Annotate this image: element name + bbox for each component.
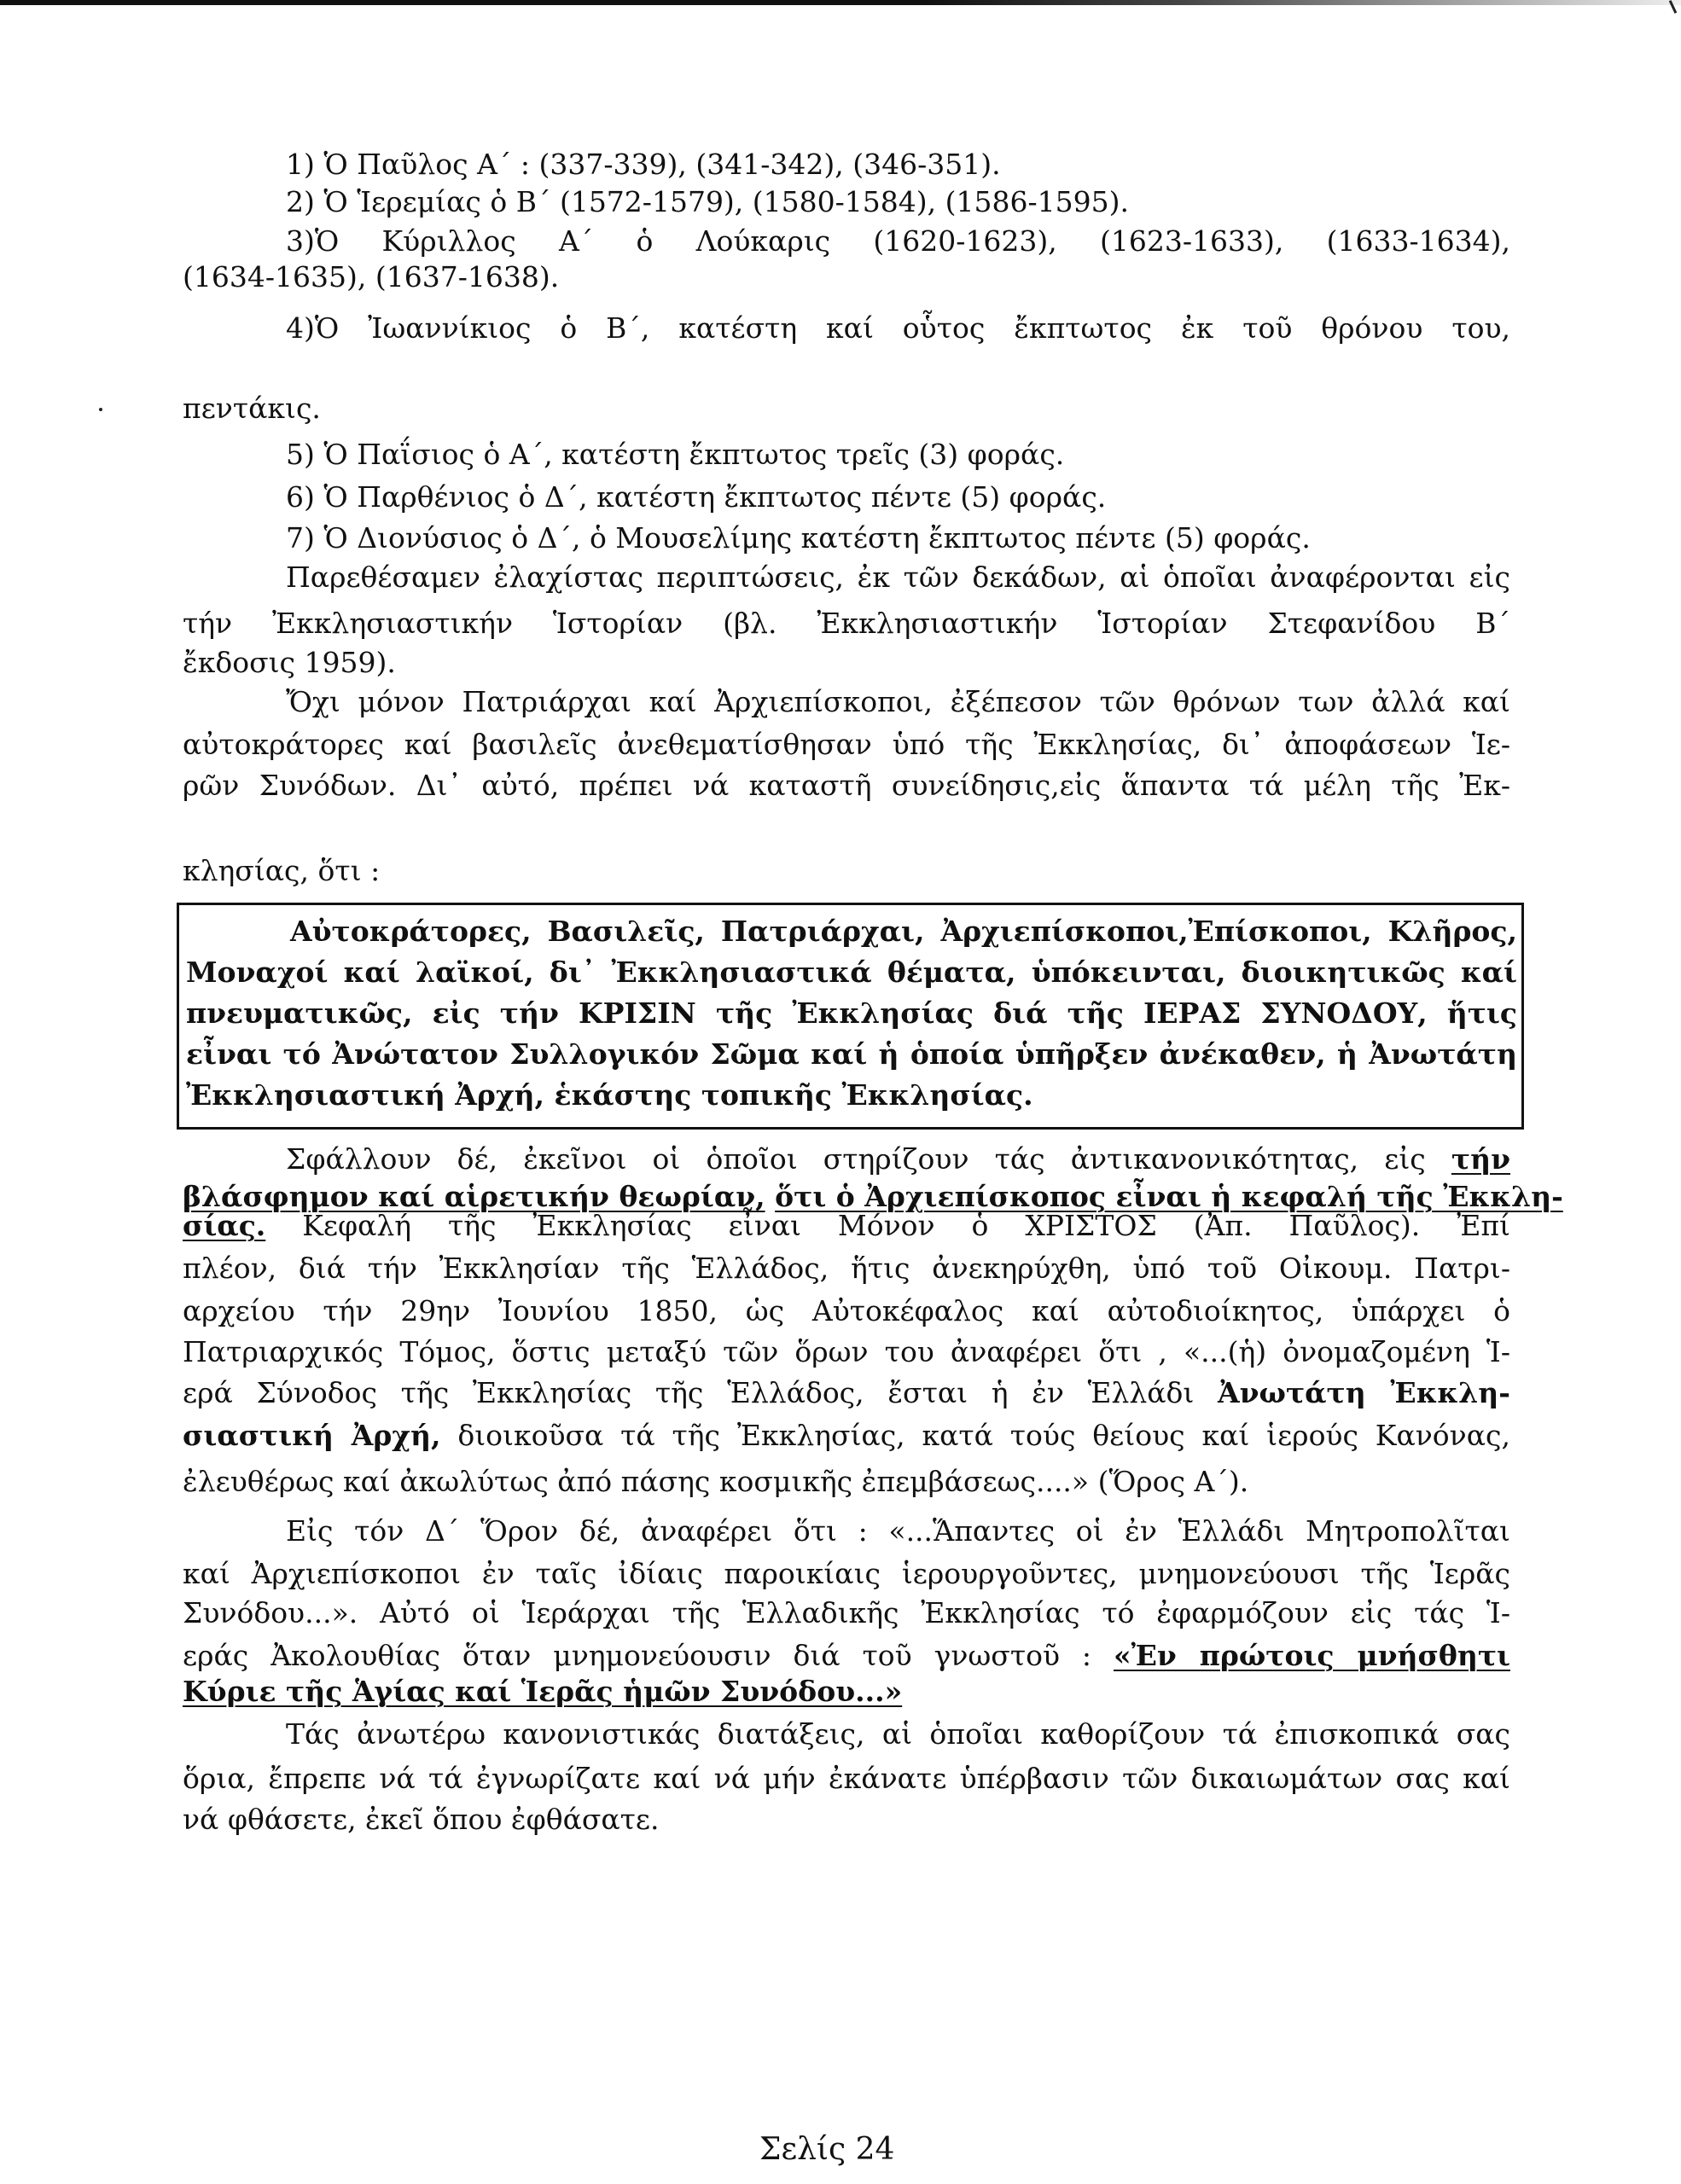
text-run: τῆς Ἐκκλησίας διά τῆς	[696, 996, 1143, 1030]
paragraph-line: σίας. Κεφαλή τῆς Ἐκκλησίας εἶναι Μόνον ὁ…	[183, 1205, 1510, 1247]
paragraph-line: Κύριε τῆς Ἁγίας καί Ἱερᾶς ἡμῶν Συνόδου..…	[183, 1670, 1510, 1713]
paragraph-line: ρῶν Συνόδων. Δι᾽ αὐτό, πρέπει νά καταστῆ…	[183, 764, 1510, 807]
underlined-text: σίας.	[183, 1209, 265, 1242]
underlined-text: Κύριε τῆς Ἁγίας καί Ἱερᾶς ἡμῶν Συνόδου..…	[183, 1675, 902, 1708]
scan-edge-artifact	[0, 0, 1681, 5]
boxed-line: Μοναχοί καί λαϊκοί, δι᾽ Ἐκκλησιαστικά θέ…	[186, 951, 1517, 994]
boxed-line: εἶναι τό Ἀνώτατον Συλλογικόν Σῶμα καί ἡ …	[186, 1033, 1517, 1076]
paragraph-line: Σφάλλουν δέ, ἐκεῖνοι οἱ ὁποῖοι στηρίζουν…	[286, 1138, 1510, 1181]
list-item-5: 5) Ὁ Παΐσιος ὁ Α΄, κατέστη ἔκπτωτος τρεῖ…	[286, 433, 1510, 476]
list-item-7: 7) Ὁ Διονύσιος ὁ Δ΄, ὁ Μουσελίμης κατέστ…	[286, 517, 1510, 560]
paragraph-line: Τάς ἀνωτέρω κανονιστικάς διατάξεις, αἱ ὁ…	[286, 1713, 1510, 1756]
paragraph-line: Πατριαρχικός Τόμος, ὅστις μεταξύ τῶν ὅρω…	[183, 1331, 1510, 1374]
paragraph-line: πλέον, διά τήν Ἐκκλησίαν τῆς Ἑλλάδος, ἥτ…	[183, 1247, 1510, 1290]
text-run: πνευματικῶς, εἰς τήν	[186, 996, 579, 1030]
paragraph-line: Παρεθέσαμεν ἐλαχίστας περιπτώσεις, ἐκ τῶ…	[286, 556, 1510, 599]
list-item-4-cont: πεντάκις.	[183, 387, 1510, 430]
margin-dot-mark	[99, 408, 102, 411]
boxed-statement: Αὐτοκράτορες, Βασιλεῖς, Πατριάρχαι, Ἀρχι…	[177, 903, 1524, 1130]
text-run: Σφάλλουν δέ, ἐκεῖνοι οἱ ὁποῖοι στηρίζουν…	[286, 1142, 1451, 1176]
paragraph-line: ἔκδοσις 1959).	[183, 642, 1510, 684]
page-number: Σελίς 24	[759, 2129, 894, 2171]
paragraph-line: κλησίας, ὅτι :	[183, 850, 1510, 892]
paragraph-line: τήν Ἐκκλησιαστικήν Ἱστορίαν (βλ. Ἐκκλησι…	[183, 602, 1510, 645]
text-run: διοικοῦσα τά τῆς Ἐκκλησίας, κατά τούς θε…	[441, 1419, 1511, 1452]
paragraph-line: ἐλευθέρως καί ἀκωλύτως ἀπό πάσης κοσμικῆ…	[183, 1461, 1510, 1503]
text-run: εράς Ἀκολουθίας ὅταν μνημονεύουσιν διά τ…	[183, 1639, 1114, 1672]
list-item-6: 6) Ὁ Παρθένιος ὁ Δ΄, κατέστη ἔκπτωτος πέ…	[286, 476, 1510, 519]
paragraph-line: αὐτοκράτορες καί βασιλεῖς ἀνεθεματίσθησα…	[183, 723, 1510, 766]
paragraph-line: ὅρια, ἔπρεπε νά τά ἐγνωρίζατε καί νά μήν…	[183, 1757, 1510, 1800]
emphasis-iera-synodos: ΙΕΡΑΣ ΣΥΝΟΔΟΥ	[1143, 996, 1417, 1030]
list-item-3-cont: (1634-1635), (1637-1638).	[183, 256, 1510, 299]
underlined-text: «Ἐν πρώτοις μνήσθητι	[1114, 1639, 1510, 1672]
paragraph-line: Εἰς τόν Δ΄ Ὅρον δέ, ἀναφέρει ὅτι : «...Ἅ…	[286, 1510, 1510, 1553]
bold-text: σιαστική Ἀρχή,	[183, 1419, 441, 1452]
list-item-1: 1) Ὁ Παῦλος Α΄ : (337-339), (341-342), (…	[286, 143, 1510, 186]
bold-text: Ἀνωτάτη Ἐκκλη-	[1218, 1376, 1510, 1409]
list-item-4: 4)Ὁ Ἰωαννίκιος ὁ Β΄, κατέστη καί οὗτος ἔ…	[286, 307, 1510, 350]
boxed-line: Αὐτοκράτορες, Βασιλεῖς, Πατριάρχαι, Ἀρχι…	[290, 910, 1517, 953]
paragraph-line: Ὄχι μόνον Πατριάρχαι καί Ἀρχιεπίσκοποι, …	[286, 681, 1510, 723]
paragraph-line: σιαστική Ἀρχή, διοικοῦσα τά τῆς Ἐκκλησία…	[183, 1414, 1510, 1457]
text-run: , ἥτις	[1417, 996, 1517, 1030]
paragraph-line: Συνόδου...». Αὐτό οἱ Ἱεράρχαι τῆς Ἑλλαδι…	[183, 1592, 1510, 1635]
boxed-line: Ἐκκλησιαστική Ἀρχή, ἑκάστης τοπικῆς Ἐκκλ…	[186, 1074, 1517, 1117]
list-item-2: 2) Ὁ Ἱερεμίας ὁ Β΄ (1572-1579), (1580-15…	[286, 181, 1510, 224]
text-run: Κεφαλή τῆς Ἐκκλησίας εἶναι Μόνον ὁ ΧΡΙΣΤ…	[265, 1209, 1510, 1242]
paragraph-line: νά φθάσετε, ἐκεῖ ὅπου ἐφθάσατε.	[183, 1798, 1510, 1841]
underlined-text: τήν	[1451, 1142, 1510, 1176]
emphasis-krisin: ΚΡΙΣΙΝ	[579, 996, 696, 1030]
paragraph-line: ερά Σύνοδος τῆς Ἐκκλησίας τῆς Ἑλλάδος, ἔ…	[183, 1372, 1510, 1414]
paragraph-line: αρχείου τήν 29ην Ἰουνίου 1850, ὡς Αὐτοκέ…	[183, 1290, 1510, 1333]
paragraph-line: καί Ἀρχιεπίσκοποι ἐν ταῖς ἰδίαις παροικί…	[183, 1553, 1510, 1595]
boxed-line: πνευματικῶς, εἰς τήν ΚΡΙΣΙΝ τῆς Ἐκκλησία…	[186, 992, 1517, 1035]
text-run: ερά Σύνοδος τῆς Ἐκκλησίας τῆς Ἑλλάδος, ἔ…	[183, 1376, 1218, 1409]
